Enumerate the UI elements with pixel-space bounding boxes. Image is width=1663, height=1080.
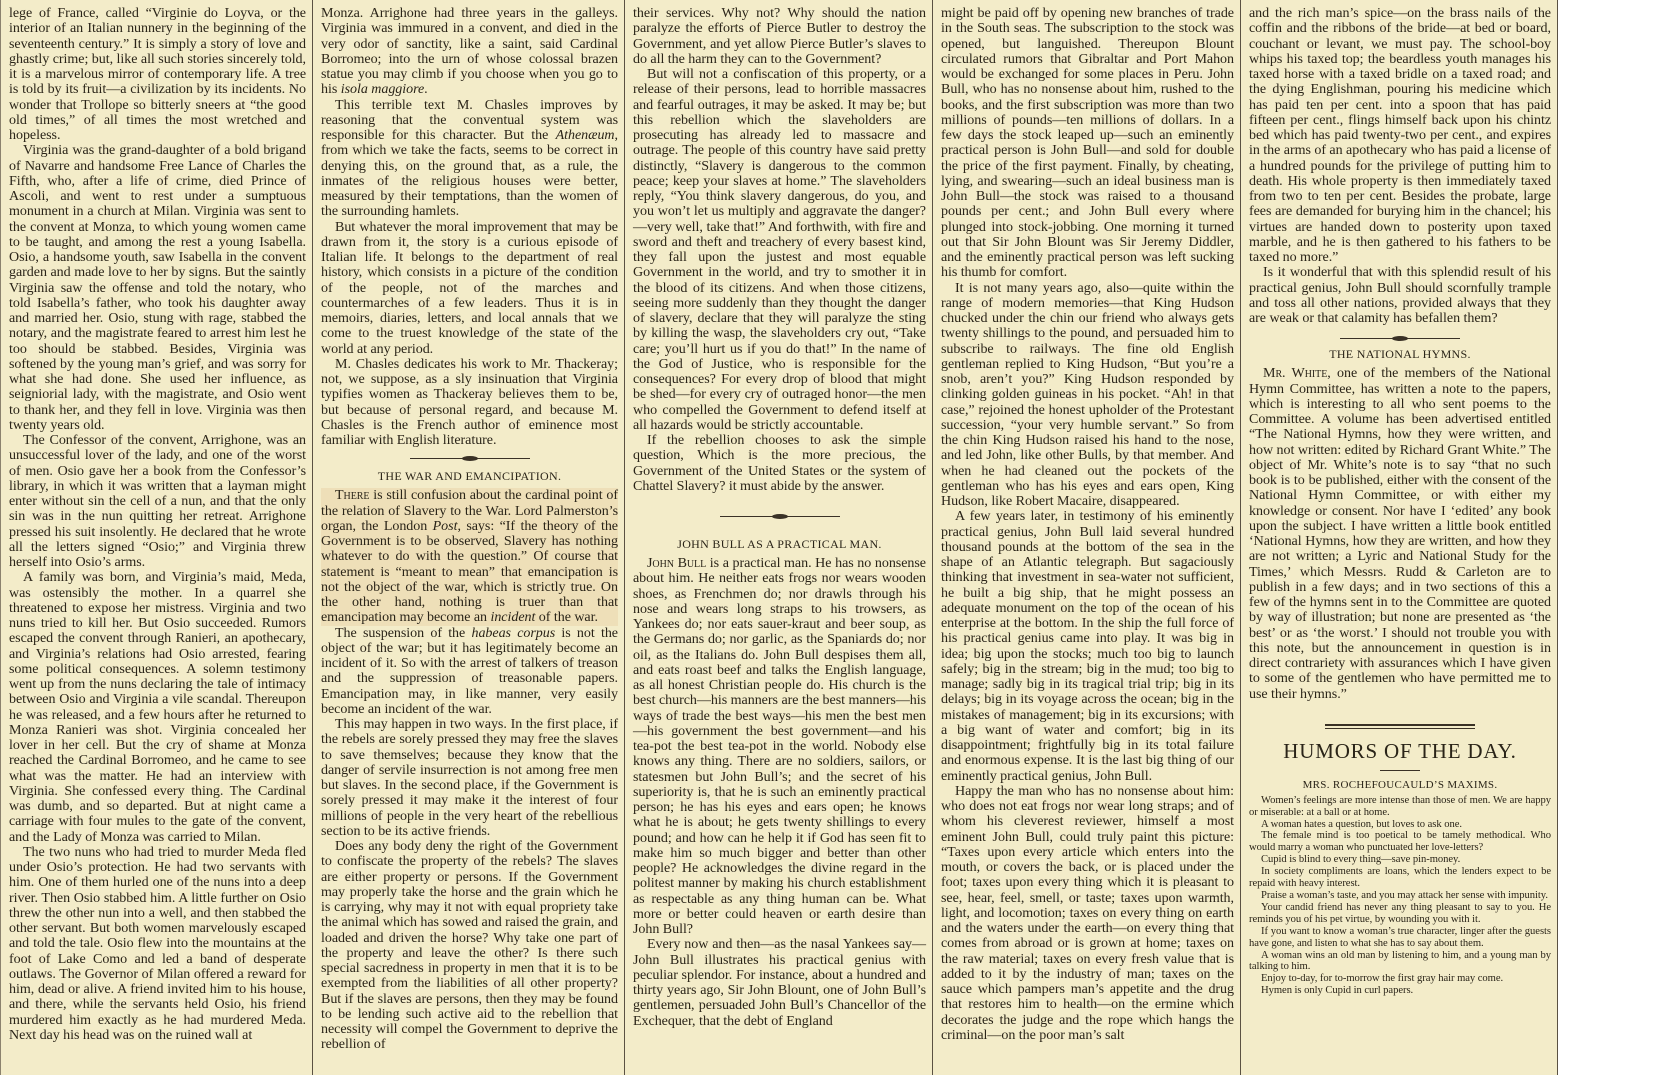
paragraph: The suspension of the habeas corpus is n… <box>321 626 618 718</box>
column-3: their services. Why not? Why should the … <box>624 0 932 1075</box>
column-4: might be paid off by opening new branche… <box>932 0 1240 1075</box>
maxim: Enjoy to-day, for to-morrow the first gr… <box>1249 973 1551 985</box>
newspaper-page: lege of France, called “Virginie do Loyv… <box>0 0 1663 1080</box>
paragraph: The Confessor of the convent, Arrighone,… <box>9 433 306 570</box>
maxims-list: Women’s feelings are more intense than t… <box>1249 795 1551 997</box>
paragraph: But whatever the moral improvement that … <box>321 220 618 357</box>
italic-text: isola maggiore <box>341 81 424 97</box>
maxim: A woman hates a question, but loves to a… <box>1249 819 1551 831</box>
maxim: In society compliments are loans, which … <box>1249 866 1551 890</box>
paragraph: Every now and then—as the nasal Yankees … <box>633 937 926 1029</box>
paragraph: This terrible text M. Chasles improves b… <box>321 98 618 220</box>
article-heading-national-hymns: THE NATIONAL HYMNS. <box>1249 347 1551 362</box>
paragraph: their services. Why not? Why should the … <box>633 6 926 67</box>
paragraph: It is not many years ago, also—quite wit… <box>941 281 1234 510</box>
maxim: If you want to know a woman’s true chara… <box>1249 926 1551 950</box>
section-divider <box>1340 338 1460 339</box>
paragraph: Does any body deny the right of the Gove… <box>321 839 618 1053</box>
paragraph: This may happen in two ways. In the firs… <box>321 717 618 839</box>
maxim: The female mind is too poetical to be ta… <box>1249 830 1551 854</box>
paragraph: John Bull is a practical man. He has no … <box>633 556 926 937</box>
paragraph: and the rich man’s spice—on the brass na… <box>1249 6 1551 265</box>
paragraph: lege of France, called “Virginie do Loyv… <box>9 6 306 143</box>
subheading-maxims: MRS. ROCHEFOUCAULD’S MAXIMS. <box>1249 779 1551 791</box>
paragraph: Virginia was the grand-daughter of a bol… <box>9 143 306 433</box>
paragraph: Is it wonderful that with this splendid … <box>1249 265 1551 326</box>
paragraph: Monza. Arrighone had three years in the … <box>321 6 618 98</box>
paragraph: Mr. White, one of the members of the Nat… <box>1249 366 1551 702</box>
section-divider <box>720 516 840 517</box>
section-divider <box>410 458 530 459</box>
maxim: Praise a woman’s taste, and you may atta… <box>1249 890 1551 902</box>
maxim: Your candid friend has never any thing p… <box>1249 902 1551 926</box>
tinted-region: There is still confusion about the cardi… <box>321 488 618 625</box>
column-1: lege of France, called “Virginie do Loyv… <box>0 0 312 1075</box>
paragraph: A few years later, in testimony of his e… <box>941 509 1234 784</box>
paragraph: But will not a confiscation of this prop… <box>633 67 926 433</box>
maxim: A woman wins an old man by listening to … <box>1249 950 1551 974</box>
column-2: Monza. Arrighone had three years in the … <box>312 0 624 1075</box>
maxim: Hymen is only Cupid in curl papers. <box>1249 985 1551 997</box>
article-heading-war-and-emancipation: THE WAR AND EMANCIPATION. <box>321 469 618 484</box>
italic-text: Athenæum <box>556 127 615 143</box>
paragraph: might be paid off by opening new branche… <box>941 6 1234 281</box>
paragraph: M. Chasles dedicates his work to Mr. Tha… <box>321 357 618 449</box>
paragraph: The two nuns who had tried to murder Med… <box>9 845 306 1043</box>
paragraph: If the rebellion chooses to ask the simp… <box>633 433 926 494</box>
column-5: and the rich man’s spice—on the brass na… <box>1240 0 1558 1075</box>
article-heading-john-bull: JOHN BULL AS A PRACTICAL MAN. <box>633 537 926 552</box>
double-rule-divider <box>1325 724 1475 729</box>
paragraph: There is still confusion about the cardi… <box>321 488 618 625</box>
maxim: Cupid is blind to every thing—save pin-m… <box>1249 854 1551 866</box>
paragraph: Happy the man who has no nonsense about … <box>941 784 1234 1043</box>
short-divider <box>1380 770 1420 771</box>
paragraph: A family was born, and Virginia’s maid, … <box>9 570 306 845</box>
maxim: Women’s feelings are more intense than t… <box>1249 795 1551 819</box>
section-heading-humors-of-the-day: HUMORS OF THE DAY. <box>1249 739 1551 764</box>
